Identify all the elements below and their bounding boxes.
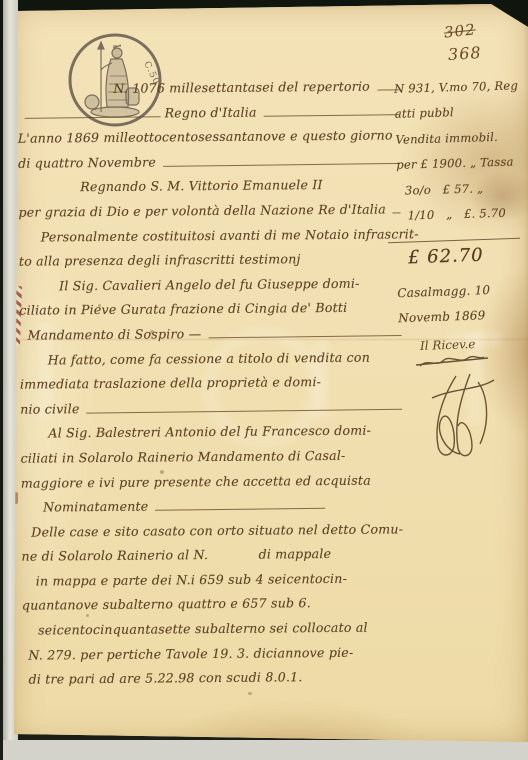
folio-number-new: 368 — [447, 43, 482, 64]
deed-line: Mandamento di Sospiro — — [19, 324, 405, 352]
deed-line: ciliato in Pieve Gurata frazione di Cing… — [19, 300, 405, 328]
deed-line: Personalmente costituitosi avanti di me … — [19, 226, 405, 254]
deed-line: seicentocinquantasette subalterno sei co… — [22, 619, 408, 647]
deed-line: N. 279. per pertiche Tavole 19. 3. dicia… — [22, 644, 408, 672]
deed-body: N. 1076 millesettantasei del repertorio … — [17, 78, 408, 696]
scanner-bed-bottom-strip — [3, 740, 528, 760]
deed-line: ne di Solarolo Rainerio al N. di mappale — [21, 546, 407, 574]
deed-line: per grazia di Dio e per volontà della Na… — [18, 201, 404, 229]
deed-line: immediata traslazione della proprietà e … — [20, 373, 406, 401]
margin-note: Vendita immobil. — [395, 129, 524, 158]
deed-line: L'anno 1869 milleottocentosessantanove e… — [18, 128, 404, 156]
deed-line: Il Sig. Cavalieri Angelo del fu Giuseppe… — [19, 275, 405, 303]
ink-rule — [163, 163, 400, 167]
deed-line: Regnando S. M. Vittorio Emanuele II — [18, 177, 404, 205]
ink-rule — [208, 335, 401, 338]
deed-line: in mappa e parte dei N.i 659 sub 4 seice… — [22, 570, 408, 598]
deed-line: maggiore e ivi pure presente che accetta… — [21, 472, 407, 500]
deed-line: Nominatamente — [21, 496, 407, 524]
ink-rule — [155, 508, 325, 511]
deed-line: Regno d'Italia — [18, 103, 404, 131]
margin-note: atti pubbl — [395, 104, 524, 133]
deed-line: N. 1076 millesettantasei del repertorio — [17, 78, 403, 106]
ink-rule — [264, 114, 400, 117]
margin-note: 3o/o £ 57. „ — [397, 180, 526, 209]
margin-registration-notes: N 931, V.mo 70, Reg atti pubbl Vendita i… — [394, 78, 526, 234]
receiver-signature-flourish — [408, 352, 508, 466]
folio-number-old: 302 — [443, 20, 476, 41]
deed-line: Ha fatto, come fa cessione a titolo di v… — [20, 349, 406, 377]
deed-line: Al Sig. Balestreri Antonio del fu France… — [20, 423, 406, 451]
ink-rule — [25, 116, 161, 119]
deed-line: ciliati in Solarolo Rainerio Mandamento … — [21, 447, 407, 475]
total-amount: £ 62.70 — [408, 245, 484, 269]
margin-date: Novemb 1869 — [398, 307, 527, 337]
deed-line: nio civile — [20, 398, 406, 426]
deed-line: quantanove subalterno quattro e 657 sub … — [22, 595, 408, 623]
document-scan: C.50 302 368 N. 1076 millesettantasei de… — [0, 0, 528, 760]
margin-note: per £ 1900. „ Tassa — [396, 154, 525, 183]
deed-line: Delle case e sito casato con orto situat… — [21, 521, 407, 549]
margin-note: N 931, V.mo 70, Reg — [394, 78, 523, 107]
receiver-label: Il Ricev.e — [420, 337, 476, 353]
ink-rule — [87, 409, 403, 414]
deed-line: di quattro Novembre — [18, 152, 404, 180]
deed-line: di tre pari ad are 5.22.98 con scudi 8.0… — [22, 669, 408, 697]
deed-line: to alla presenza degli infrascritti test… — [19, 250, 405, 278]
margin-note: 1/10 „ £. 5.70 — [397, 205, 526, 234]
margin-place-date: Casalmagg. 10 Novemb 1869 — [397, 282, 527, 337]
